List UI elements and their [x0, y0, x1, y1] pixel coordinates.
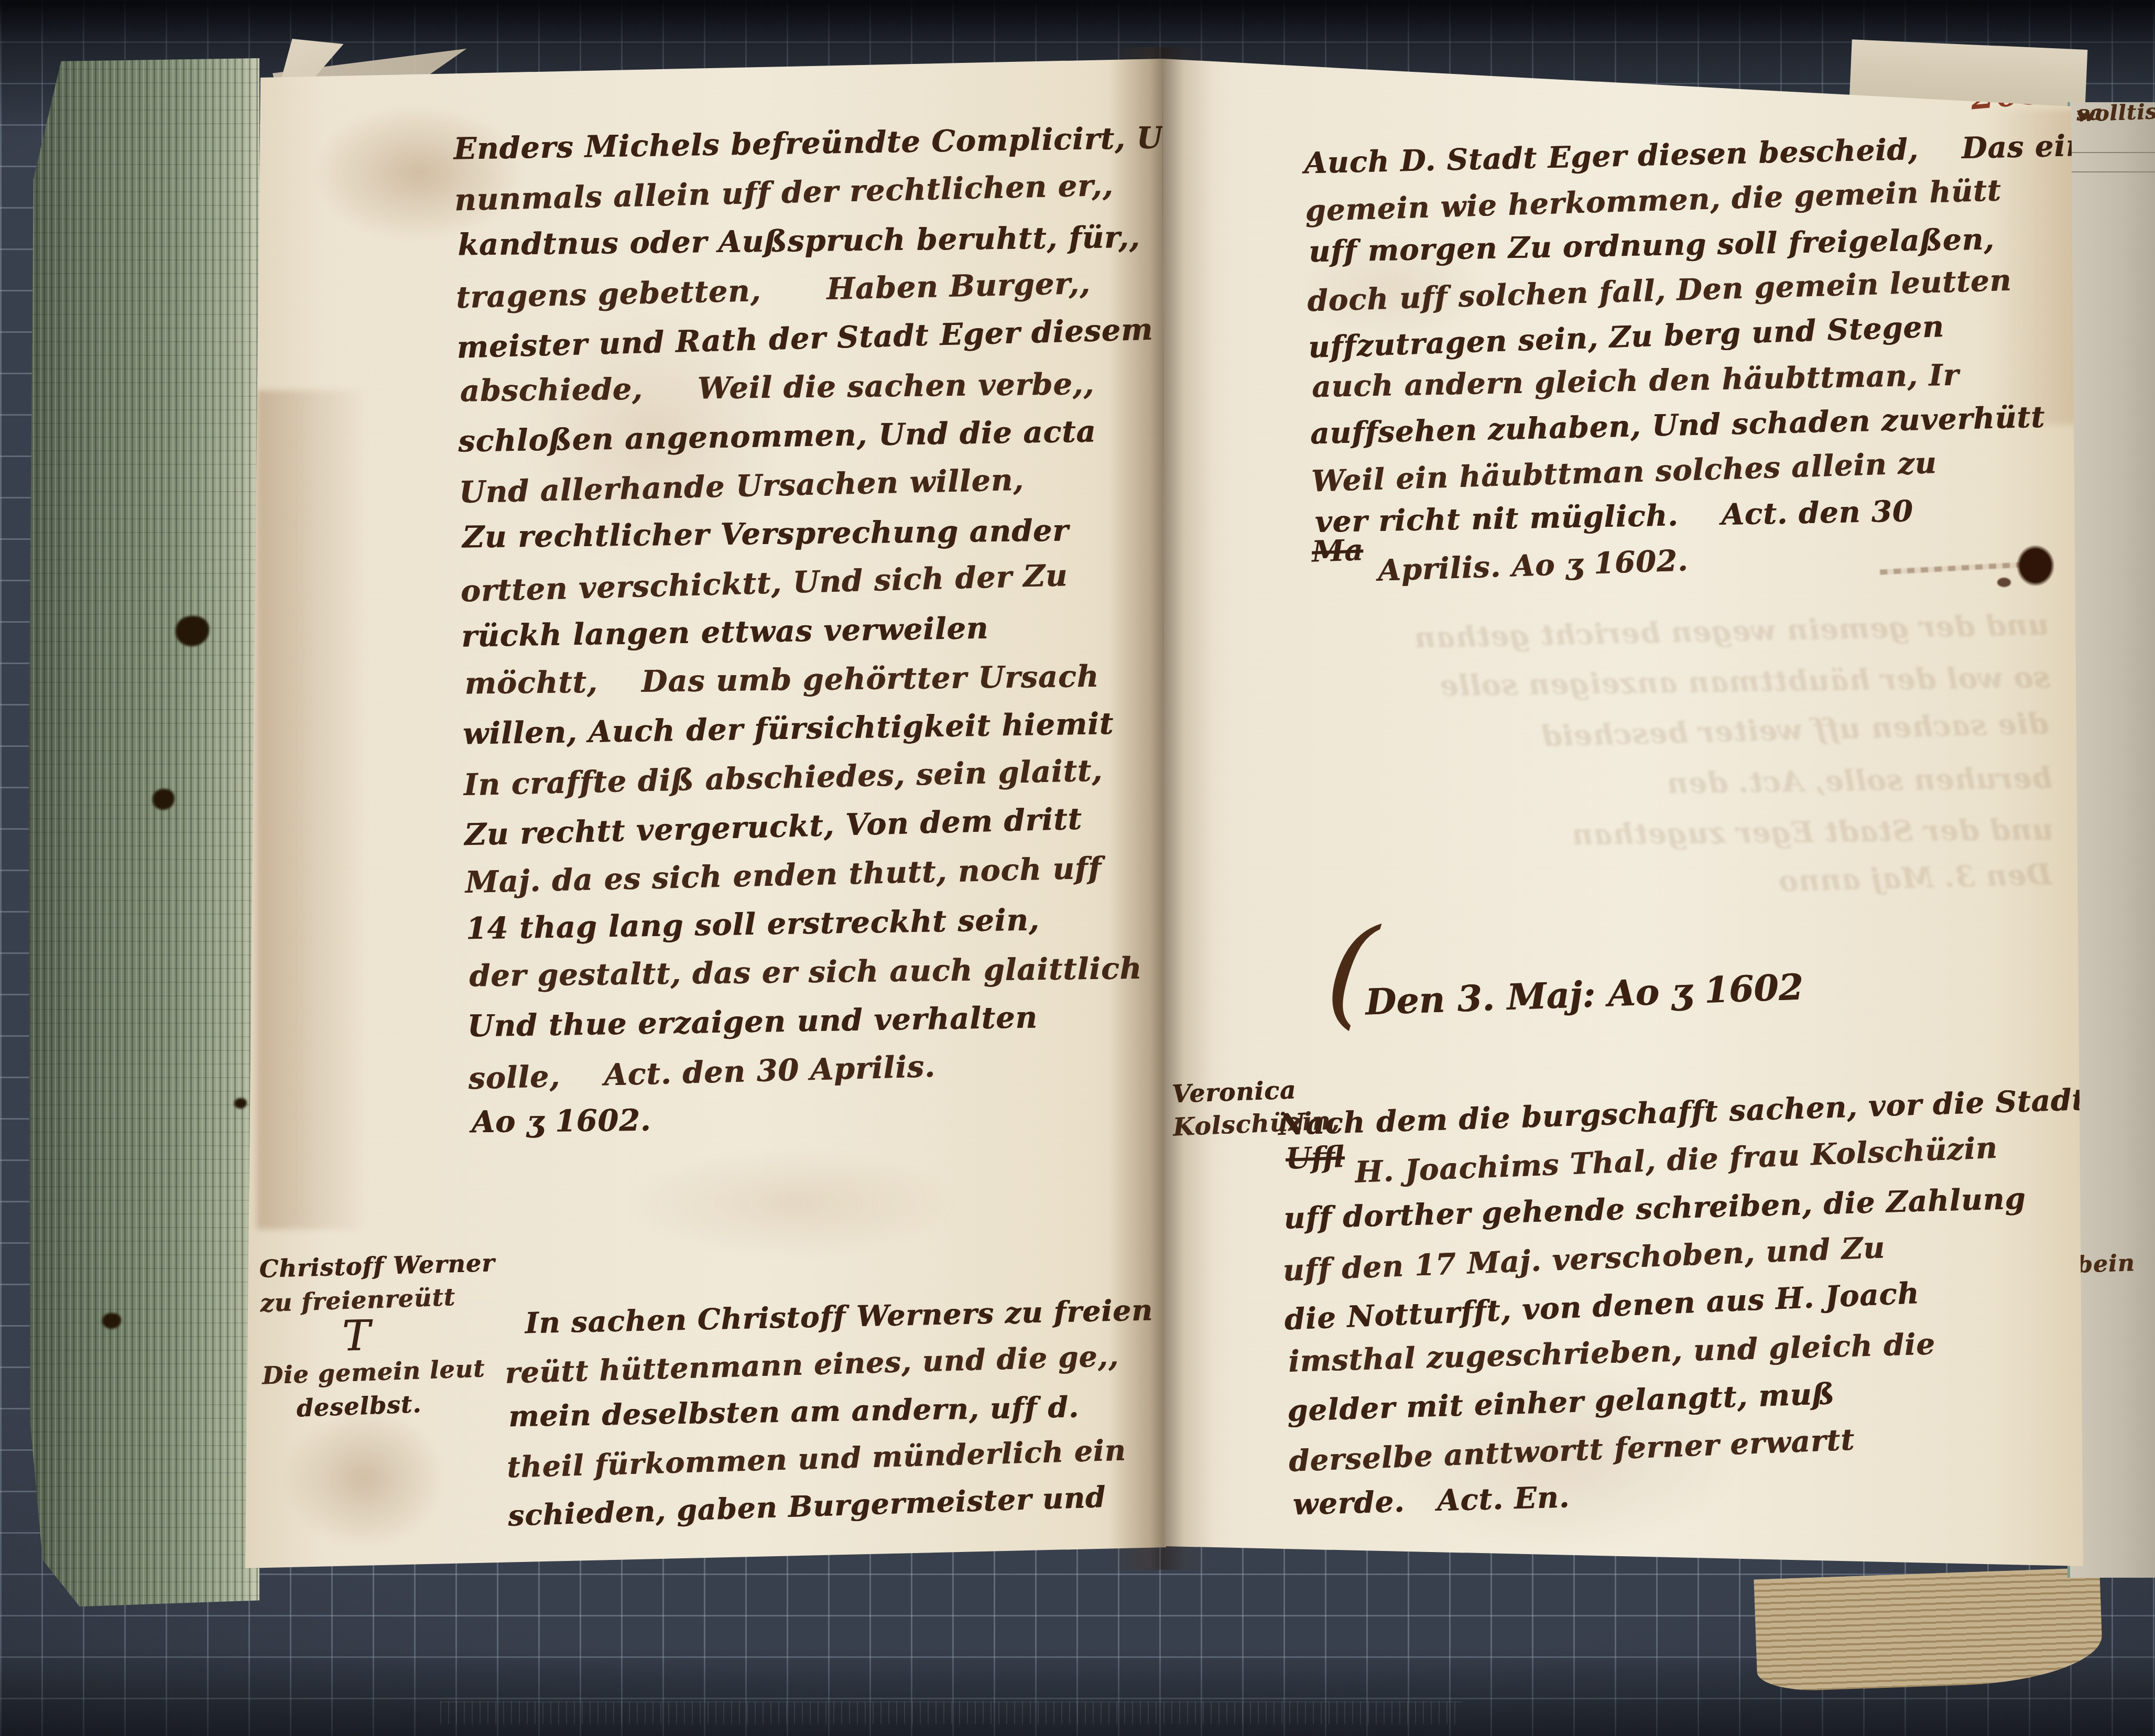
- handwritten-line: möchtt, Das umb gehörtter Ursach: [464, 651, 1162, 708]
- handwritten-line: Ao ʒ 1602.: [471, 1090, 1169, 1146]
- left-page-lower-text-block: In sachen Christoff Werners zu freienreü…: [503, 1286, 1168, 1536]
- handwritten-line: bein: [2076, 1252, 2135, 1276]
- date-heading: Den 3. Maj: Ao ʒ 1602: [1365, 966, 1804, 1023]
- photograph-of-open-manuscript-book: beinwolltissa Enders Michels befreündte …: [0, 0, 2155, 1736]
- left-page-margin-note: Christoff Wernerzu freienreüttTDie gemei…: [259, 1246, 499, 1425]
- ink-spot: [102, 1313, 121, 1329]
- struck-through-word: Uffl: [1285, 1140, 1345, 1176]
- handwritten-line: T: [263, 1314, 499, 1358]
- left-page: Enders Michels befreündte Complicirt, Un…: [241, 50, 1166, 1572]
- stain: [556, 1124, 1027, 1282]
- mat-ruler-ticks: [440, 1701, 1462, 1724]
- right-page: 205. Auch D. Stadt Eger diesen bescheid,…: [1161, 47, 2083, 1575]
- struck-through-word: Ma: [1311, 533, 1364, 569]
- handwritten-line: beruhen solle, Act. den: [1302, 753, 2052, 813]
- handwritten-line: der gestaltt, das er sich auch glaittlic…: [469, 943, 1167, 1000]
- ink-spot: [153, 789, 175, 810]
- ink-spot: [234, 1098, 247, 1109]
- right-page-entry-block-a: Auch D. Stadt Eger diesen bescheid, Das …: [1303, 124, 2073, 592]
- handwritten-line: abschiede, Weil die sachen verbe,,: [460, 359, 1157, 415]
- handwritten-line: 14 thag lang soll erstreckht sein,: [465, 893, 1163, 953]
- right-page-entry-block-b: Nach dem die burgschafft sachen, vor die…: [1278, 1077, 2061, 1531]
- ink-blot-satellite: [1997, 578, 2011, 587]
- bleed-through-text: und der gemein wegen bericht gethanso wo…: [1299, 599, 2055, 917]
- ink-spot: [176, 616, 209, 646]
- left-page-main-text-block: Enders Michels befreündte Complicirt, Un…: [453, 114, 1167, 1148]
- page-edge-line: [2070, 171, 2155, 172]
- stain: [257, 390, 404, 1229]
- page-edge-line: [2070, 152, 2155, 153]
- handwritten-line: rückh langen ettwas verweilen: [461, 601, 1158, 661]
- handwritten-line: sa: [2076, 102, 2103, 125]
- ink-blot: [2011, 539, 2060, 592]
- book-fore-edge-left: [29, 55, 259, 1607]
